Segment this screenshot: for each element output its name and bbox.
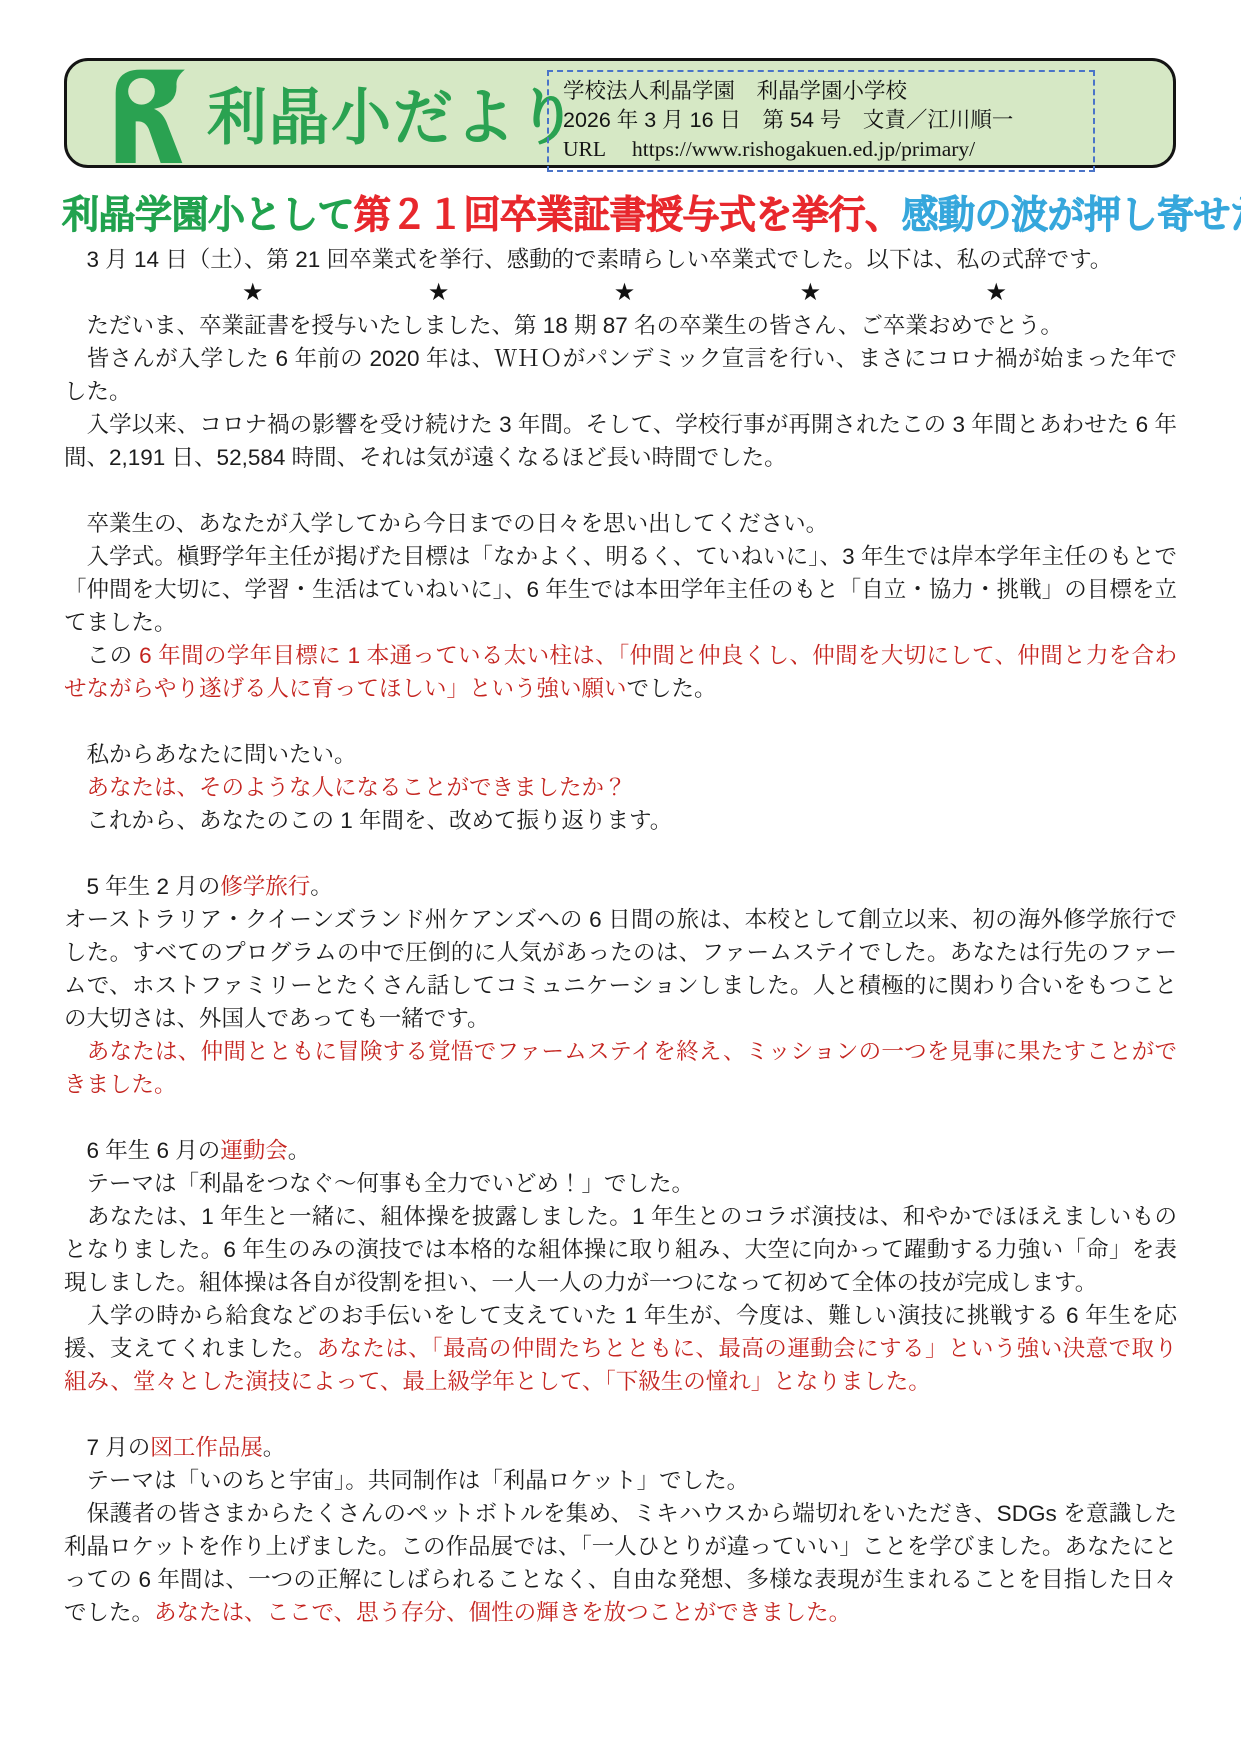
headline-segment-green: 利晶学園小として bbox=[62, 194, 354, 237]
blank-line bbox=[64, 474, 1177, 507]
body-paragraph: 皆さんが入学した 6 年前の 2020 年は、ＷＨＯがパンデミック宣言を行い、ま… bbox=[64, 342, 1177, 408]
body-paragraph: 私からあなたに問いたい。 bbox=[64, 738, 1177, 771]
body-paragraph: この 6 年間の学年目標に 1 本通っている太い柱は、「仲間と仲良くし、仲間を大… bbox=[64, 639, 1177, 705]
body-paragraph: テーマは「いのちと宇宙」。共同制作は「利晶ロケット」でした。 bbox=[64, 1464, 1177, 1497]
body-text: 卒業生の、あなたが入学してから今日までの日々を思い出してください。 bbox=[64, 511, 828, 536]
body-text: 。 bbox=[310, 874, 333, 899]
star-icon: ★ bbox=[242, 276, 264, 309]
body-text: あなたは、1 年生と一緒に、組体操を披露しました。1 年生とのコラボ演技は、和や… bbox=[64, 1204, 1177, 1295]
body-text: 私からあなたに問いたい。 bbox=[64, 742, 357, 767]
school-name: 学校法人利晶学園 利晶学園小学校 bbox=[563, 77, 1081, 106]
body-text: 入学以来、コロナ禍の影響を受け続けた 3 年間。そして、学校行事が再開されたこの… bbox=[64, 412, 1177, 470]
body-paragraph: オーストラリア・クイーンズランド州ケアンズへの 6 日間の旅は、本校として創立以… bbox=[64, 903, 1177, 1035]
star-icon: ★ bbox=[428, 276, 450, 309]
body-paragraph: 卒業生の、あなたが入学してから今日までの日々を思い出してください。 bbox=[64, 507, 1177, 540]
emphasis-red-text: 運動会 bbox=[220, 1138, 288, 1163]
body-text: テーマは「利晶をつなぐ～何事も全力でいどめ！」でした。 bbox=[64, 1171, 694, 1196]
body-text: でした。 bbox=[627, 676, 717, 701]
blank-line bbox=[64, 1398, 1177, 1431]
newsletter-title: 利晶小だより bbox=[207, 69, 579, 157]
body-text: 。 bbox=[263, 1435, 286, 1460]
body-paragraph: これから、あなたのこの 1 年間を、改めて振り返ります。 bbox=[64, 804, 1177, 837]
newsletter-body: 3 月 14 日（土）、第 21 回卒業式を挙行、感動的で素晴らしい卒業式でした… bbox=[64, 243, 1177, 1629]
star-icon: ★ bbox=[800, 276, 822, 309]
body-text: 入学式。槇野学年主任が掲げた目標は「なかよく、明るく、ていねいに」、3 年生では… bbox=[64, 544, 1177, 635]
body-paragraph: 入学以来、コロナ禍の影響を受け続けた 3 年間。そして、学校行事が再開されたこの… bbox=[64, 408, 1177, 474]
school-info-box: 学校法人利晶学園 利晶学園小学校 2026 年 3 月 16 日 第 54 号 … bbox=[547, 70, 1095, 172]
body-text: 7 月の bbox=[64, 1435, 150, 1460]
body-paragraph: 3 月 14 日（土）、第 21 回卒業式を挙行、感動的で素晴らしい卒業式でした… bbox=[64, 243, 1177, 276]
headline-segment-blue: 感動の波が押し寄せた bbox=[902, 194, 1241, 237]
body-paragraph: 入学式。槇野学年主任が掲げた目標は「なかよく、明るく、ていねいに」、3 年生では… bbox=[64, 540, 1177, 639]
body-text: この bbox=[64, 643, 133, 668]
body-text: 6 年生 6 月の bbox=[64, 1138, 220, 1163]
body-text: テーマは「いのちと宇宙」。共同制作は「利晶ロケット」でした。 bbox=[64, 1468, 749, 1493]
body-paragraph: 入学の時から給食などのお手伝いをして支えていた 1 年生が、今度は、難しい演技に… bbox=[64, 1299, 1177, 1398]
body-paragraph: あなたは、そのような人になることができましたか？ bbox=[64, 771, 1177, 804]
emphasis-red-text: あなたは、仲間とともに冒険する覚悟でファームステイを終え、ミッションの一つを見事… bbox=[64, 1039, 1177, 1097]
body-paragraph: ただいま、卒業証書を授与いたしました、第 18 期 87 名の卒業生の皆さん、ご… bbox=[64, 309, 1177, 342]
emphasis-red-text: 修学旅行 bbox=[220, 874, 310, 899]
emphasis-red-text: 6 年間の学年目標に 1 本通っている太い柱は、「仲間と仲良くし、仲間を大切にし… bbox=[64, 643, 1177, 701]
blank-line bbox=[64, 1101, 1177, 1134]
url-label: URL bbox=[563, 137, 606, 161]
body-paragraph: あなたは、仲間とともに冒険する覚悟でファームステイを終え、ミッションの一つを見事… bbox=[64, 1035, 1177, 1101]
body-text: 皆さんが入学した 6 年前の 2020 年は、ＷＨＯがパンデミック宣言を行い、ま… bbox=[64, 346, 1177, 404]
body-paragraph: 7 月の図工作品展。 bbox=[64, 1431, 1177, 1464]
school-url: https://www.rishogakuen.ed.jp/primary/ bbox=[632, 137, 975, 161]
star-icon: ★ bbox=[985, 276, 1007, 309]
body-text: これから、あなたのこの 1 年間を、改めて振り返ります。 bbox=[64, 808, 672, 833]
body-paragraph: 5 年生 2 月の修学旅行。 bbox=[64, 870, 1177, 903]
emphasis-red-text: 図工作品展 bbox=[150, 1435, 263, 1460]
school-url-line: URLhttps://www.rishogakuen.ed.jp/primary… bbox=[563, 135, 1081, 164]
blank-line bbox=[64, 705, 1177, 738]
headline-segment-red: 第２１回卒業証書授与式を挙行、 bbox=[354, 194, 902, 237]
body-paragraph: あなたは、1 年生と一緒に、組体操を披露しました。1 年生とのコラボ演技は、和や… bbox=[64, 1200, 1177, 1299]
star-separator: ★★★★★ bbox=[64, 276, 1177, 309]
body-paragraph: テーマは「利晶をつなぐ～何事も全力でいどめ！」でした。 bbox=[64, 1167, 1177, 1200]
body-text: 3 月 14 日（土）、第 21 回卒業式を挙行、感動的で素晴らしい卒業式でした… bbox=[64, 247, 1112, 272]
blank-line bbox=[64, 837, 1177, 870]
emphasis-red-text: あなたは、ここで、思う存分、個性の輝きを放つことができました。 bbox=[154, 1600, 851, 1625]
body-text: 。 bbox=[288, 1138, 311, 1163]
emphasis-red-text: あなたは、そのような人になることができましたか？ bbox=[64, 775, 627, 800]
body-paragraph: 6 年生 6 月の運動会。 bbox=[64, 1134, 1177, 1167]
star-icon: ★ bbox=[614, 276, 636, 309]
masthead: 利晶小だより 学校法人利晶学園 利晶学園小学校 2026 年 3 月 16 日 … bbox=[64, 58, 1176, 168]
body-paragraph: 保護者の皆さまからたくさんのペットボトルを集め、ミキハウスから端切れをいただき、… bbox=[64, 1497, 1177, 1629]
issue-date-line: 2026 年 3 月 16 日 第 54 号 文責／江川順一 bbox=[563, 106, 1081, 135]
body-text: ただいま、卒業証書を授与いたしました、第 18 期 87 名の卒業生の皆さん、ご… bbox=[64, 313, 1063, 338]
school-logo-icon bbox=[105, 63, 193, 163]
headline: 利晶学園小として第２１回卒業証書授与式を挙行、感動の波が押し寄せた bbox=[62, 183, 1180, 240]
body-text: 5 年生 2 月の bbox=[64, 874, 220, 899]
body-text: オーストラリア・クイーンズランド州ケアンズへの 6 日間の旅は、本校として創立以… bbox=[64, 907, 1177, 1031]
